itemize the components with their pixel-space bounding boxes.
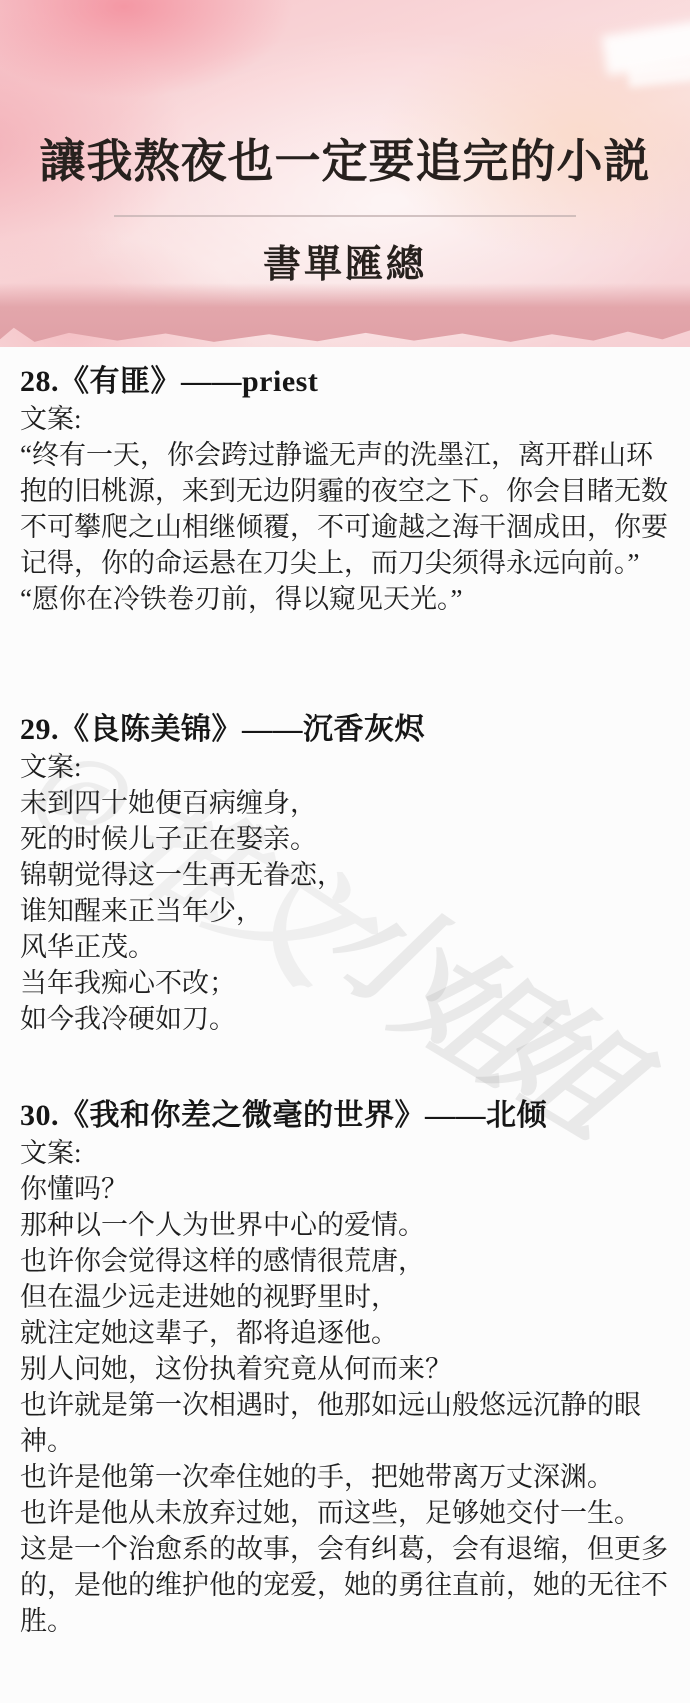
watercolor-bottom-band xyxy=(0,283,690,347)
entry-line: 你懂吗？ xyxy=(20,1171,671,1207)
entry-label: 文案: xyxy=(20,749,671,785)
entry-line: 也许是他从未放弃过她，而这些，足够她交付一生。 xyxy=(20,1495,671,1531)
entry-heading: 29.《良陈美锦》——沉香灰烬 xyxy=(20,711,671,749)
entry-line: 这是一个治愈系的故事，会有纠葛，会有退缩，但更多的，是他的维护他的宠爱，她的勇往… xyxy=(20,1531,671,1639)
title-divider xyxy=(114,215,576,217)
entry-line: 别人问她，这份执着究竟从何而来？ xyxy=(20,1351,671,1387)
entry-line: 但在温少远走进她的视野里时， xyxy=(20,1279,671,1315)
entry-line: 也许就是第一次相遇时，他那如远山般悠远沉静的眼神。 xyxy=(20,1387,671,1459)
entry-line: 未到四十她便百病缠身， xyxy=(20,785,671,821)
book-entry-28: 28.《有匪》——priest 文案: “终有一天，你会跨过静谧无声的洗墨江，离… xyxy=(20,363,671,617)
entry-line: “愿你在冷铁卷刃前，得以窥见天光。” xyxy=(20,581,671,617)
entry-line: 死的时候儿子正在娶亲。 xyxy=(20,821,671,857)
entry-line: 也许是他第一次牵住她的手，把她带离万丈深渊。 xyxy=(20,1459,671,1495)
entry-label: 文案: xyxy=(20,1135,671,1171)
entry-line: 锦朝觉得这一生再无眷恋， xyxy=(20,857,671,893)
book-entry-29: 29.《良陈美锦》——沉香灰烬 文案: 未到四十她便百病缠身， 死的时候儿子正在… xyxy=(20,711,671,1037)
entry-line: 也许你会觉得这样的感情很荒唐， xyxy=(20,1243,671,1279)
entry-line: 就注定她这辈子，都将追逐他。 xyxy=(20,1315,671,1351)
page-title: 讓我熬夜也一定要追完的小説 xyxy=(0,136,690,187)
entry-line: 当年我痴心不改； xyxy=(20,965,671,1001)
entry-line: 风华正茂。 xyxy=(20,929,671,965)
entry-line: 那种以一个人为世界中心的爱情。 xyxy=(20,1207,671,1243)
entry-line: 谁知醒来正当年少， xyxy=(20,893,671,929)
entry-heading: 30.《我和你差之微毫的世界》——北倾 xyxy=(20,1097,671,1135)
book-list-image: 讓我熬夜也一定要追完的小説 書單匯總 @ 推 文 小 姐 姐 28.《有匪》——… xyxy=(0,0,690,1703)
page-subtitle: 書單匯總 xyxy=(0,233,690,288)
book-list-body: 28.《有匪》——priest 文案: “终有一天，你会跨过静谧无声的洗墨江，离… xyxy=(0,347,690,1639)
entry-heading: 28.《有匪》——priest xyxy=(20,363,671,401)
entry-label: 文案: xyxy=(20,401,671,437)
entry-line: 如今我冷硬如刀。 xyxy=(20,1001,671,1037)
watercolor-header: 讓我熬夜也一定要追完的小説 書單匯總 xyxy=(0,0,690,347)
entry-line: “终有一天，你会跨过静谧无声的洗墨江，离开群山环抱的旧桃源，来到无边阴霾的夜空之… xyxy=(20,437,671,581)
book-entry-30: 30.《我和你差之微毫的世界》——北倾 文案: 你懂吗？ 那种以一个人为世界中心… xyxy=(20,1097,671,1639)
